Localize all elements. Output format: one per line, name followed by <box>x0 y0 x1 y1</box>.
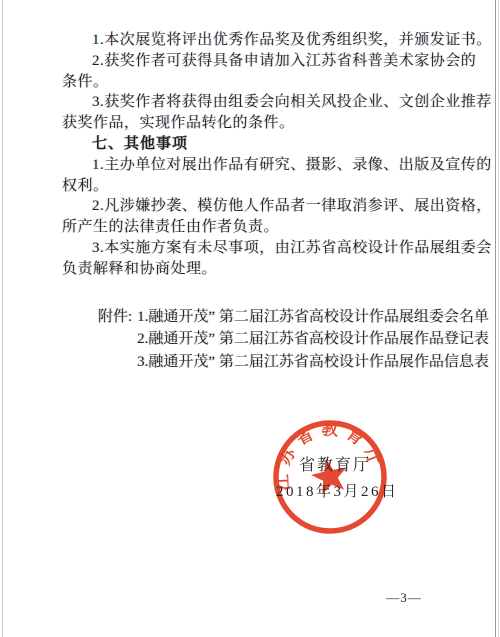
body-line: 权利。 <box>62 176 482 197</box>
page-number: —3— <box>376 590 432 606</box>
attachment-item: 1.融通开茂” 第二届江苏省高校设计作品展组委会名单 <box>137 306 489 328</box>
section-heading: 七、其他事项 <box>62 134 482 155</box>
attachments-label: 附件: <box>98 306 132 328</box>
body-line: 获奖作品，实现作品转化的条件。 <box>62 113 482 134</box>
body-line: 负责解释和协商处理。 <box>62 259 482 280</box>
attachments-block: 附件: 1.融通开茂” 第二届江苏省高校设计作品展组委会名单 2.融通开茂” 第… <box>98 306 489 373</box>
seal-graphic: 江苏省教育厅 <box>259 406 401 548</box>
body-line: 条件。 <box>62 72 482 93</box>
official-seal: 江苏省教育厅 <box>259 406 401 548</box>
attachment-item: 2.融通开茂” 第二届江苏省高校设计作品展作品登记表 <box>137 328 489 350</box>
attachments-list: 1.融通开茂” 第二届江苏省高校设计作品展组委会名单 2.融通开茂” 第二届江苏… <box>137 306 489 373</box>
scan-edge-left <box>2 0 3 637</box>
body-line: 2.凡涉嫌抄袭、模仿他人作品者一律取消参评、展出资格， <box>62 196 482 217</box>
document-body: 1.本次展览将评出优秀作品奖及优秀组织奖，并颁发证书。 2.获奖作者可获得具备申… <box>62 30 482 280</box>
body-line: 2.获奖作者可获得具备申请加入江苏省科普美术家协会的 <box>62 51 482 72</box>
body-line: 3.本实施方案有未尽事项，由江苏省高校设计作品展组委会 <box>62 238 482 259</box>
body-line: 所产生的法律责任由作者负责。 <box>62 217 482 238</box>
body-line: 3.获奖作者将获得由组委会向相关风投企业、文创企业推荐 <box>62 92 482 113</box>
attachment-item: 3.融通开茂” 第二届江苏省高校设计作品展作品信息表 <box>137 351 489 373</box>
signature-issuer: 省教育厅 <box>299 452 371 475</box>
body-line: 1.本次展览将评出优秀作品奖及优秀组织奖，并颁发证书。 <box>62 30 482 51</box>
scanned-document-page: 1.本次展览将评出优秀作品奖及优秀组织奖，并颁发证书。 2.获奖作者可获得具备申… <box>0 0 500 637</box>
scan-edge-right-outer <box>498 0 499 637</box>
body-line: 1.主办单位对展出作品有研究、摄影、录像、出版及宣传的 <box>62 155 482 176</box>
scan-edge-right <box>495 0 496 637</box>
signature-date: 2018年3月26日 <box>276 480 399 501</box>
